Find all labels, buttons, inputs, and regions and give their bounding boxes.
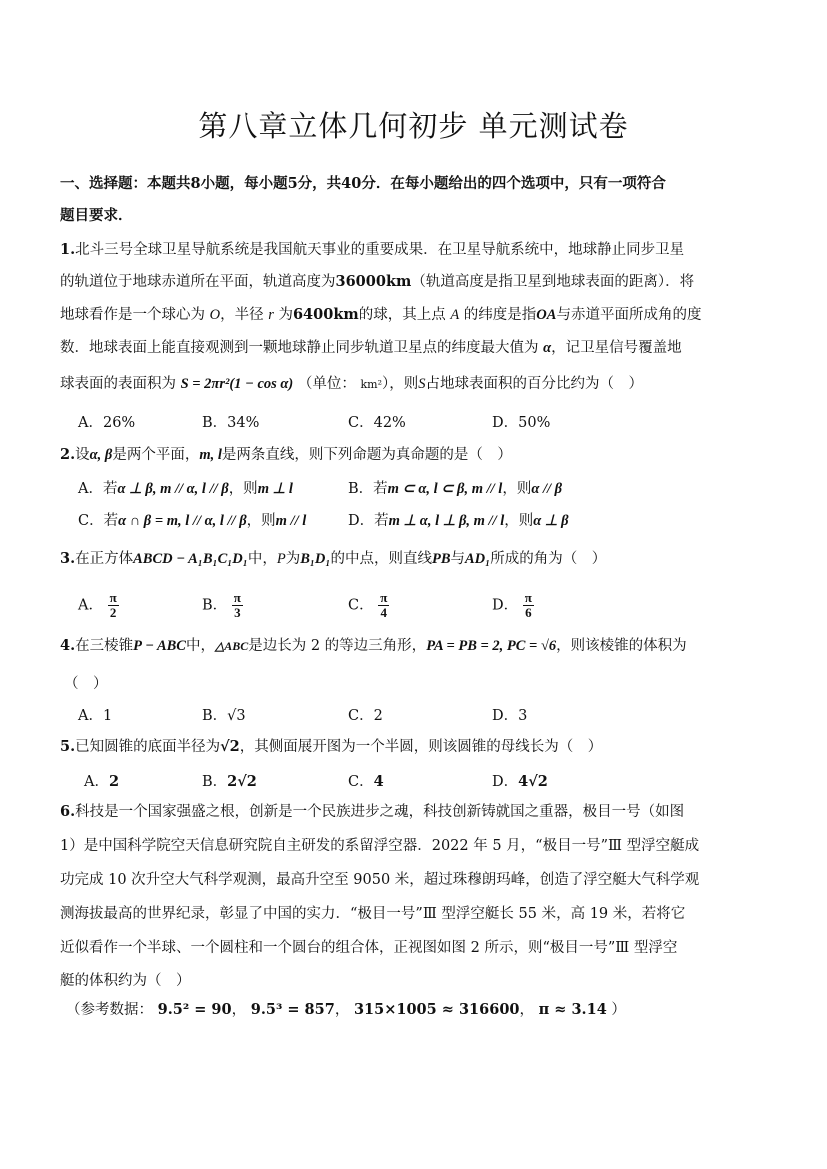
question-text-line: 5.已知圆锥的底面半径为√2，其侧面展开图为一个半圆，则该圆锥的母线长为（ ）: [60, 737, 602, 757]
reference-item: 9.5² = 90: [158, 1001, 232, 1018]
denominator: 3: [232, 606, 243, 620]
reference-item: 9.5³ = 857: [251, 1001, 335, 1018]
question-number: 3.: [60, 550, 75, 567]
math-formula: S = 2πr²(1 − cos α): [181, 376, 294, 392]
text-segment: 是边长为 2 的等边三角形，: [248, 638, 426, 654]
section-header: 一、选择题：本题共8小题，每小题5分，共40分．在每小题给出的四个选项中，只有一…: [60, 174, 666, 194]
option-label: C．: [348, 598, 374, 614]
question-text-line: 球表面的表面积为 S = 2πr²(1 − cos α) （单位： km²），则…: [60, 374, 643, 395]
math-expr: m ⊥ l: [258, 481, 293, 497]
option-d: D． π6: [492, 591, 534, 620]
option-a: A． π2: [78, 591, 119, 620]
text-segment: 设: [75, 447, 90, 463]
text-segment: ）: [611, 1002, 626, 1018]
text-segment: 是两条直线，则下列命题为真命题的是（ ）: [222, 447, 512, 463]
text-segment: 球表面的表面积为: [60, 376, 176, 392]
option-label: B．: [202, 774, 227, 790]
option-label: A．: [84, 774, 109, 790]
text-segment: （轨道高度是指卫星到地球表面的距离）．将: [411, 274, 694, 290]
option-label: B．: [202, 598, 227, 614]
math-expr: α, β: [90, 447, 113, 463]
option-label: D．: [492, 598, 518, 614]
text-segment: 的球，其上点: [359, 307, 446, 323]
option-b: B． π3: [202, 591, 243, 620]
text-segment: 北斗三号全球卫星导航系统是我国航天事业的重要成果．在卫星导航系统中，地球静止同步…: [75, 242, 684, 258]
text-segment: 已知圆锥的底面半径为: [75, 739, 220, 755]
option-value: 2: [109, 773, 119, 790]
text-segment: 所成的角为（ ）: [490, 551, 606, 567]
math-expr: AD₁: [465, 551, 490, 567]
question-text-line: 的轨道位于地球赤道所在平面，轨道高度为36000km（轨道高度是指卫星到地球表面…: [60, 272, 694, 292]
text-segment: 的纬度是指: [464, 307, 537, 323]
text-segment: 中，: [248, 551, 277, 567]
option-c: C．4: [348, 772, 384, 792]
math-expr: OA: [536, 307, 556, 323]
text-segment: 在正方体: [75, 551, 133, 567]
math-expr: α ∩ β = m, l // α, l // β: [118, 513, 247, 529]
reference-item: 315×1005 ≈ 316600: [354, 1001, 520, 1018]
option-c: C．42%: [348, 413, 406, 433]
question-text-line: 1）是中国科学院空天信息研究院自主研发的系留浮空器．2022 年 5 月，“极目…: [60, 836, 699, 856]
text-segment: 占地球表面积的百分比约为（ ）: [426, 376, 644, 392]
question-text-line: 数．地球表面上能直接观测到一颗地球静止同步轨道卫星点的纬度最大值为 α，记卫星信…: [60, 338, 682, 358]
option-label: D．若: [348, 513, 389, 529]
math-expr: △ABC: [215, 639, 248, 653]
text-segment: 是两个平面，: [112, 447, 199, 463]
text-segment: 为: [286, 551, 301, 567]
option-value: 2√2: [227, 773, 257, 790]
text-segment: 中，: [186, 638, 215, 654]
question-number: 6.: [60, 803, 75, 820]
text-segment: 数．地球表面上能直接观测到一颗地球静止同步轨道卫星点的纬度最大值为: [60, 340, 539, 356]
math-expr: α ⊥ β, m // α, l // β: [117, 481, 228, 497]
option-d: D．若m ⊥ α, l ⊥ β, m // l，则α ⊥ β: [348, 511, 569, 531]
text-segment: 为: [278, 307, 293, 323]
math-var: O: [210, 307, 220, 323]
text-segment: 与: [451, 551, 466, 567]
math-var: P: [277, 551, 286, 567]
math-var: A: [450, 307, 459, 323]
math-expr: ABCD − A₁B₁C₁D₁: [133, 551, 248, 567]
question-text-line: 功完成 10 次升空大气科学观测，最高升空至 9050 米，超过珠穆朗玛峰，创造…: [60, 870, 699, 890]
math-var: r: [268, 307, 274, 323]
option-b: B．34%: [202, 413, 259, 433]
math-expr: √2: [220, 738, 240, 755]
answer-blank: （ ）: [64, 674, 108, 694]
math-expr: m, l: [199, 447, 222, 463]
text-segment: 的轨道位于地球赤道所在平面，轨道高度为: [60, 274, 336, 290]
text-segment: ，则: [502, 481, 531, 497]
option-b: B．2√2: [202, 772, 257, 792]
option-label: C．: [348, 774, 374, 790]
option-label: A．: [78, 598, 103, 614]
text-segment: 科技是一个国家强盛之根，创新是一个民族进步之魂，科技创新铸就国之重器，极目一号（…: [75, 804, 684, 820]
math-var: α: [543, 340, 551, 356]
option-b: B．√3: [202, 706, 246, 726]
question-text-line: 4.在三棱锥P − ABC中，△ABC是边长为 2 的等边三角形，PA = PB…: [60, 636, 687, 656]
option-label: C．若: [78, 513, 118, 529]
math-expr: α // β: [531, 481, 562, 497]
question-number: 4.: [60, 637, 75, 654]
numerator: π: [108, 591, 119, 606]
fraction: π2: [108, 591, 119, 620]
math-expr: m // l: [276, 513, 307, 529]
text-segment: （参考数据：: [66, 1002, 153, 1018]
section-header-cont: 题目要求．: [60, 206, 133, 226]
option-b: B．若m ⊂ α, l ⊂ β, m // l，则α // β: [348, 479, 562, 499]
math-value: 36000km: [336, 273, 412, 290]
text-segment: 在三棱锥: [75, 638, 133, 654]
reference-data: （参考数据： 9.5² = 90， 9.5³ = 857， 315×1005 ≈…: [66, 1000, 626, 1020]
option-a: A．2: [84, 772, 119, 792]
math-value: 6400km: [293, 306, 359, 323]
question-text-line: 3.在正方体ABCD − A₁B₁C₁D₁中，P为B₁D₁的中点，则直线PB与A…: [60, 549, 606, 569]
math-expr: m ⊥ α, l ⊥ β, m // l: [389, 513, 505, 529]
text-segment: ，则: [229, 481, 258, 497]
text-segment: ，则该棱锥的体积为: [556, 638, 687, 654]
text-segment: ，其侧面展开图为一个半圆，则该圆锥的母线长为（ ）: [240, 739, 603, 755]
option-value: 4√2: [518, 773, 548, 790]
option-a: A．若α ⊥ β, m // α, l // β，则m ⊥ l: [78, 479, 293, 499]
option-a: A．1: [78, 706, 112, 726]
option-c: C． π4: [348, 591, 389, 620]
option-value: 4: [374, 773, 384, 790]
question-text-line: 1.北斗三号全球卫星导航系统是我国航天事业的重要成果．在卫星导航系统中，地球静止…: [60, 240, 684, 260]
numerator: π: [378, 591, 389, 606]
fraction: π4: [378, 591, 389, 620]
denominator: 4: [378, 606, 389, 620]
numerator: π: [523, 591, 534, 606]
option-d: D．4√2: [492, 772, 548, 792]
text-segment: 地球看作是一个球心为: [60, 307, 205, 323]
option-d: D．3: [492, 706, 527, 726]
question-text-line: 测海拔最高的世界纪录，彰显了中国的实力．“极目一号”Ⅲ 型浮空艇长 55 米，高…: [60, 904, 685, 924]
math-expr: m ⊂ α, l ⊂ β, m // l: [388, 481, 503, 497]
question-text-line: 地球看作是一个球心为 O，半径 r 为6400km的球，其上点 A 的纬度是指O…: [60, 305, 701, 325]
option-label: A．若: [78, 481, 117, 497]
math-expr: α ⊥ β: [533, 513, 568, 529]
question-text-line: 6.科技是一个国家强盛之根，创新是一个民族进步之魂，科技创新铸就国之重器，极目一…: [60, 802, 684, 822]
fraction: π3: [232, 591, 243, 620]
question-number: 2.: [60, 446, 75, 463]
text-segment: ，则: [504, 513, 533, 529]
text-segment: （单位：: [298, 376, 356, 392]
option-d: D．50%: [492, 413, 550, 433]
math-var: S: [418, 376, 425, 392]
denominator: 6: [523, 606, 534, 620]
option-label: D．: [492, 774, 518, 790]
question-number: 5.: [60, 738, 75, 755]
question-number: 1.: [60, 241, 75, 258]
option-a: A．26%: [78, 413, 135, 433]
text-segment: ，半径: [220, 307, 264, 323]
question-text-line: 近似看作一个半球、一个圆柱和一个圆台的组合体，正视图如图 2 所示，则“极目一号…: [60, 938, 677, 958]
fraction: π6: [523, 591, 534, 620]
math-expr: B₁D₁: [300, 551, 330, 567]
question-text-line: 艇的体积约为（ ）: [60, 971, 191, 991]
option-label: B．若: [348, 481, 388, 497]
page-title: 第八章立体几何初步 单元测试卷: [0, 104, 827, 145]
text-segment: 与赤道平面所成角的度: [556, 307, 701, 323]
denominator: 2: [108, 606, 119, 620]
math-expr: P − ABC: [133, 638, 186, 654]
text-segment: ），则: [382, 376, 418, 392]
question-text-line: 2.设α, β是两个平面，m, l是两条直线，则下列命题为真命题的是（ ）: [60, 445, 512, 465]
text-segment: 的中点，则直线: [330, 551, 432, 567]
option-c: C．2: [348, 706, 383, 726]
text-segment: ，则: [247, 513, 276, 529]
text-segment: ，记卫星信号覆盖地: [551, 340, 682, 356]
math-unit: km²: [360, 378, 382, 391]
numerator: π: [232, 591, 243, 606]
math-expr: PA = PB = 2, PC = √6: [426, 638, 556, 654]
math-expr: PB: [432, 551, 451, 567]
option-c: C．若α ∩ β = m, l // α, l // β，则m // l: [78, 511, 306, 531]
reference-item: π ≈ 3.14: [539, 1001, 607, 1018]
